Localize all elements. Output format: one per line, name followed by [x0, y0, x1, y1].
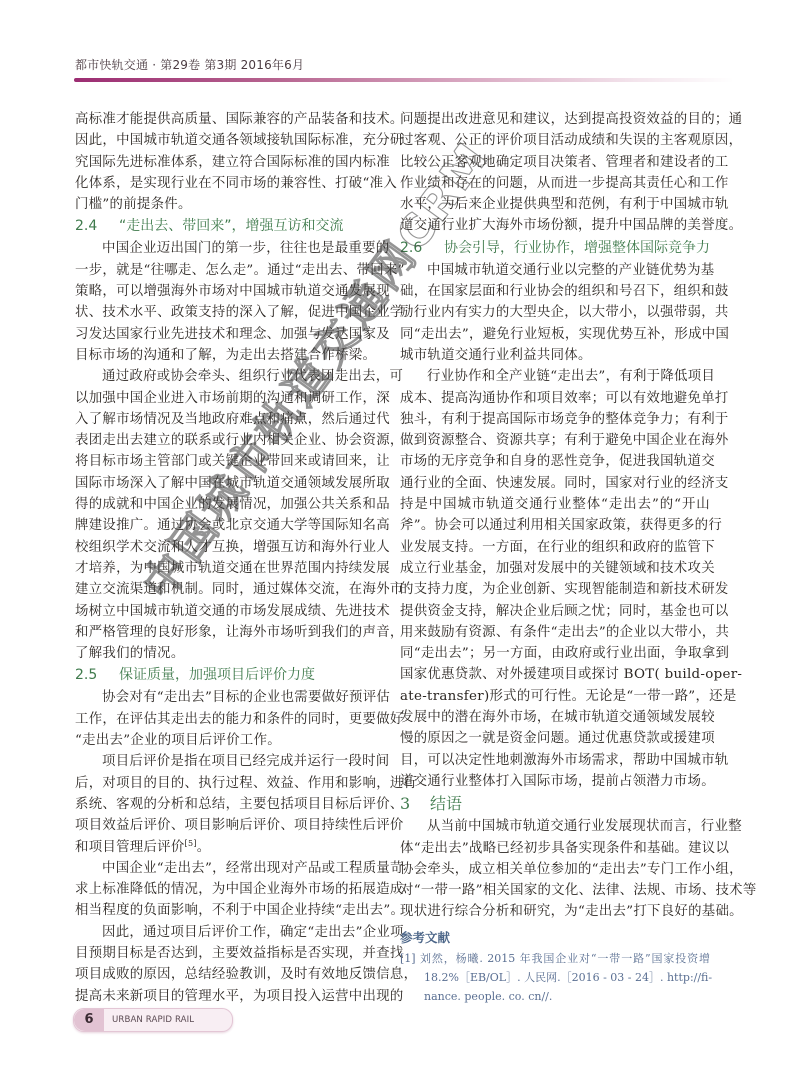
text-line: 系统、客观的分析和总结，主要包括项目目标后评价、 [75, 794, 385, 815]
references-title: 参考文献 [400, 927, 710, 949]
text-line: 中国城市轨道交通行业以完整的产业链优势为基 [400, 260, 710, 281]
text-line: 化体系，是实现行业在不同市场的兼容性、打破“准入 [75, 173, 385, 194]
text-line: 过客观、公正的评价项目活动成绩和失误的主客观原因， [400, 130, 710, 151]
text-line: 独斗，有利于提高国际市场竞争的整体竞争力；有利于 [400, 409, 710, 430]
text-line: 中国企业“走出去”，经常出现对产品或工程质量苛 [75, 858, 385, 879]
text-line: 协会对有“走出去”目标的企业也需要做好预评估 [75, 687, 385, 708]
text-line: 的支持力度，为企业创新、实现智能制造和新技术研发 [400, 579, 710, 600]
text-line: 才培养，为中国城市轨道交通在世界范围内持续发展 [75, 558, 385, 579]
text-line: 成立行业基金，加强对发展中的关键领域和技术攻关 [400, 558, 710, 579]
paragraph: 从当前中国城市轨道交通行业发展现状而言，行业整体“走出去”战略已经初步具备实现条… [400, 816, 710, 922]
paragraph: 问题提出改进意见和建议，达到提高投资效益的目的；通过客观、公正的评价项目活动成绩… [400, 109, 710, 237]
text-line: 市场的无序竞争和自身的恶性竞争，促进我国轨道交 [400, 451, 710, 472]
text-line: 提高未来新项目的管理水平，为项目投入运营中出现的 [75, 986, 385, 1007]
section-number: 2.4 [75, 215, 119, 238]
text-line: 通行业的全面、快速发展。同时，国家对行业的经济支 [400, 473, 710, 494]
text-line: 究国际先进标准体系，建立符合国际标准的国内标准 [75, 152, 385, 173]
text-line: 协会牵头，成立相关单位参加的“走出去”专门工作小组， [400, 859, 710, 880]
text-line: 相当程度的负面影响，不利于中国企业持续“走出去”。 [75, 900, 385, 921]
text-line: 将目标市场主管部门或关键企业带回来或请回来，让 [75, 451, 385, 472]
section-number: 3 [400, 792, 430, 816]
text-line: 作业绩和存在的问题，从而进一步提高其责任心和工作 [400, 173, 710, 194]
text-line: 求上标准降低的情况，为中国企业海外市场的拓展造成 [75, 879, 385, 900]
text-line: 建立交流渠道和机制。同时，通过媒体交流，在海外市 [75, 579, 385, 600]
paragraph: 协会对有“走出去”目标的企业也需要做好预评估工作，在评估其走出去的能力和条件的同… [75, 687, 385, 751]
text-line: 中国企业迈出国门的第一步，往往也是最重要的 [75, 238, 385, 259]
text-line: 斧”。协会可以通过利用相关国家政策，获得更多的行 [400, 515, 710, 536]
reference-line: nance. people. co. cn//. [400, 987, 710, 1006]
reference-line: 18.2%［EB/OL］. 人民网.［2016 - 03 - 24］. http… [400, 968, 710, 987]
section-heading: 2.5保证质量，加强项目后评价力度 [75, 664, 385, 687]
text-line: 同“走出去”，避免行业短板，实现优势互补，形成中国 [400, 324, 710, 345]
section-title: 结语 [430, 794, 462, 813]
section-number: 2.5 [75, 664, 119, 687]
text-line: 和项目管理后评价[5]。 [75, 837, 385, 858]
text-line: 比较公正客观地确定项目决策者、管理者和建设者的工 [400, 152, 710, 173]
page-footer: 6 URBAN RAPID RAIL TRANSIT [73, 1008, 233, 1032]
paragraph: 项目后评价是指在项目已经完成并运行一段时间后，对项目的目的、执行过程、效益、作用… [75, 751, 385, 857]
text-line: 校组织学术交流和人才互换，增强互访和海外行业人 [75, 537, 385, 558]
text-line: 门槛”的前提条件。 [75, 194, 385, 215]
text-line: 因此，通过项目后评价工作，确定“走出去”企业项 [75, 922, 385, 943]
section-heading: 3结语 [400, 792, 710, 816]
right-column: 问题提出改进意见和建议，达到提高投资效益的目的；通过客观、公正的评价项目活动成绩… [400, 109, 710, 1006]
text-line: 同“走出去”；另一方面，由政府或行业出面，争取拿到 [400, 643, 710, 664]
text-line: 发展中的潜在海外市场，在城市轨道交通领域发展较 [400, 707, 710, 728]
text-line: 慢的原因之一就是资金问题。通过优惠贷款或援建项 [400, 728, 710, 749]
text-line: 因此，中国城市轨道交通各领域接轨国际标准，充分研 [75, 130, 385, 151]
paragraph: 因此，通过项目后评价工作，确定“走出去”企业项目预期目标是否达到，主要效益指标是… [75, 922, 385, 1007]
text-line: 习发达国家行业先进技术和理念、加强与发达国家及 [75, 324, 385, 345]
paragraph: 中国城市轨道交通行业以完整的产业链优势为基础，在国家层面和行业协会的组织和号召下… [400, 260, 710, 366]
text-line: 牌建设推广。通过协会或北京交通大学等国际知名高 [75, 515, 385, 536]
section-title: “走出去、带回来”，增强互访和交流 [119, 218, 344, 234]
section-title: 保证质量，加强项目后评价力度 [119, 667, 315, 683]
paragraph: 中国企业迈出国门的第一步，往往也是最重要的一步，就是“往哪走、怎么走”。通过“走… [75, 238, 385, 366]
citation-marker: [5] [185, 839, 197, 848]
text-line: 础，在国家层面和行业协会的组织和号召下，组织和鼓 [400, 281, 710, 302]
text-line: 问题提出改进意见和建议，达到提高投资效益的目的；通 [400, 109, 710, 130]
text-line: 目，可以决定性地刺激海外市场需求，帮助中国城市轨 [400, 750, 710, 771]
text-line: 目标市场的沟通和了解，为走出去搭建合作桥梁。 [75, 345, 385, 366]
text-line: 持是中国城市轨道交通行业整体“走出去”的“开山 [400, 494, 710, 515]
text-line: 现状进行综合分析和研究，为“走出去”打下良好的基础。 [400, 901, 710, 922]
section-heading: 2.6协会引导，行业协作，增强整体国际竞争力 [400, 237, 710, 260]
text-line: 了解我们的情况。 [75, 643, 385, 664]
text-line: 项目效益后评价、项目影响后评价、项目持续性后评价 [75, 815, 385, 836]
text-line: 对“一带一路”相关国家的文化、法律、法规、市场、技术等 [400, 880, 710, 901]
section-title: 协会引导，行业协作，增强整体国际竞争力 [444, 240, 710, 256]
journal-name-english: URBAN RAPID RAIL TRANSIT [112, 1009, 232, 1031]
text-line: 入了解市场情况及当地政府难点和痛点，然后通过代 [75, 409, 385, 430]
header-rule-divider [74, 78, 734, 82]
text-line: 从当前中国城市轨道交通行业发展现状而言，行业整 [400, 816, 710, 837]
text-line-content: 和项目管理后评价 [75, 840, 185, 855]
text-line: ate-transfer)形式的可行性。无论是“一带一路”，还是 [400, 686, 710, 707]
page-number: 6 [74, 1009, 104, 1031]
text-line: 和严格管理的良好形象，让海外市场听到我们的声音， [75, 622, 385, 643]
paragraph: 通过政府或协会牵头、组织行业代表团走出去，可以加强中国企业进入市场前期的沟通和调… [75, 366, 385, 664]
text-line: 行业协作和全产业链“走出去”，有利于降低项目 [400, 366, 710, 387]
text-line: 表团走出去建立的联系或行业内相关企业、协会资源， [75, 430, 385, 451]
text-line: 做到资源整合、资源共享；有利于避免中国企业在海外 [400, 430, 710, 451]
left-column: 高标准才能提供高质量、国际兼容的产品装备和技术。因此，中国城市轨道交通各领域接轨… [75, 109, 385, 1007]
text-line: 国家优惠贷款、对外援建项目或探讨 BOT( build-oper- [400, 664, 710, 685]
text-line-tail: 。 [197, 840, 211, 855]
text-line: 后，对项目的目的、执行过程、效益、作用和影响，进行 [75, 773, 385, 794]
paragraph: 高标准才能提供高质量、国际兼容的产品装备和技术。因此，中国城市轨道交通各领域接轨… [75, 109, 385, 215]
text-line: 工作，在评估其走出去的能力和条件的同时，更要做好 [75, 709, 385, 730]
running-head: 都市快轨交通 · 第29卷 第3期 2016年6月 [75, 56, 304, 73]
paragraph: 中国企业“走出去”，经常出现对产品或工程质量苛求上标准降低的情况，为中国企业海外… [75, 858, 385, 922]
text-line: 业发展支持。一方面，在行业的组织和政府的监管下 [400, 537, 710, 558]
text-line: 用来鼓励有资源、有条件“走出去”的企业以大带小，共 [400, 622, 710, 643]
text-line: 状、技术水平、政策支持的深入了解，促进中国企业学 [75, 302, 385, 323]
text-line: 励行业内有实力的大型央企，以大带小，以强带弱，共 [400, 302, 710, 323]
text-line: 成本、提高沟通协作和项目效率；可以有效地避免单打 [400, 388, 710, 409]
text-line: 高标准才能提供高质量、国际兼容的产品装备和技术。 [75, 109, 385, 130]
text-line: 项目后评价是指在项目已经完成并运行一段时间 [75, 751, 385, 772]
text-line: 一步，就是“往哪走、怎么走”。通过“走出去、带回来” [75, 260, 385, 281]
reference-item: [1] 刘然，杨曦. 2015 年我国企业对“一带一路”国家投资增18.2%［E… [400, 949, 710, 1006]
text-line: 国际市场深入了解中国在城市轨道交通领域发展所取 [75, 473, 385, 494]
section-number: 2.6 [400, 237, 444, 260]
text-line: 通过政府或协会牵头、组织行业代表团走出去，可 [75, 366, 385, 387]
text-line: 城市轨道交通行业利益共同体。 [400, 345, 710, 366]
text-line: 水平，为后来企业提供典型和范例，有利于中国城市轨 [400, 194, 710, 215]
text-line: 道交通行业扩大海外市场份额，提升中国品牌的美誉度。 [400, 215, 710, 236]
text-line: 以加强中国企业进入市场前期的沟通和调研工作，深 [75, 388, 385, 409]
text-line: 提供资金支持，解决企业后顾之忧；同时，基金也可以 [400, 601, 710, 622]
text-line: 道交通行业整体打入国际市场，提前占领潜力市场。 [400, 771, 710, 792]
section-heading: 2.4“走出去、带回来”，增强互访和交流 [75, 215, 385, 238]
text-line: 目预期目标是否达到，主要效益指标是否实现，并查找 [75, 943, 385, 964]
text-line: 得的成就和中国企业的发展情况，加强公共关系和品 [75, 494, 385, 515]
text-line: 策略，可以增强海外市场对中国城市轨道交通发展现 [75, 281, 385, 302]
text-line: 项目成败的原因，总结经验教训，及时有效地反馈信息， [75, 964, 385, 985]
text-line: 场树立中国城市轨道交通的市场发展成绩、先进技术 [75, 601, 385, 622]
paragraph: 行业协作和全产业链“走出去”，有利于降低项目成本、提高沟通协作和项目效率；可以有… [400, 366, 710, 792]
reference-line: [1] 刘然，杨曦. 2015 年我国企业对“一带一路”国家投资增 [400, 949, 710, 968]
text-line: “走出去”企业的项目后评价工作。 [75, 730, 385, 751]
text-line: 体“走出去”战略已经初步具备实现条件和基础。建议以 [400, 838, 710, 859]
